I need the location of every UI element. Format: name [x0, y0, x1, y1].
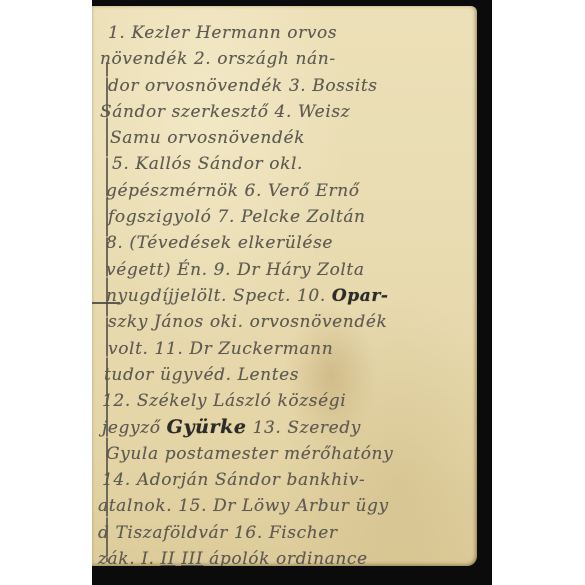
- handwritten-text-underlined: II: [161, 549, 176, 566]
- handwritten-line: végett) Én. 9. Dr Háry Zolta: [98, 257, 477, 283]
- handwritten-line: 5. Kallós Sándor okl.: [98, 151, 477, 177]
- handwritten-text: nyugdíjjelölt. Spect. 10.: [106, 286, 326, 306]
- handwritten-line: Samu orvosnövendék: [98, 125, 477, 151]
- handwritten-line: jegyző Gyürke 13. Szeredy: [98, 414, 477, 440]
- handwritten-text: jegyző: [102, 418, 161, 438]
- handwritten-line: fogszigyoló 7. Pelcke Zoltán: [98, 204, 477, 230]
- handwritten-line: atalnok. 15. Dr Löwy Arbur ügy: [98, 493, 477, 519]
- handwritten-line: szky János oki. orvosnövendék: [98, 309, 477, 335]
- handwritten-text-dark: Gyürke: [167, 416, 247, 438]
- handwritten-line: 1. Kezler Hermann orvos: [98, 20, 477, 46]
- scan-stage: 1. Kezler Hermann orvos növendék 2. orsz…: [0, 0, 585, 585]
- handwritten-line: volt. 11. Dr Zuckermann: [98, 336, 477, 362]
- handwritten-line: d Tiszaföldvár 16. Fischer: [98, 520, 477, 546]
- handwritten-line: Sándor szerkesztő 4. Weisz: [98, 99, 477, 125]
- handwritten-text: ápolók ordinance: [209, 549, 368, 566]
- handwritten-text: zák. I.: [98, 549, 155, 566]
- handwritten-line: 12. Székely László községi: [98, 388, 477, 414]
- handwritten-line: dor orvosnövendék 3. Bossits: [98, 73, 477, 99]
- handwritten-line: nyugdíjjelölt. Spect. 10. Opar-: [98, 283, 477, 309]
- handwritten-line: 8. (Tévedések elkerülése: [98, 230, 477, 256]
- handwritten-line: növendék 2. országh nán-: [98, 46, 477, 72]
- handwritten-line: 14. Adorján Sándor bankhiv-: [98, 467, 477, 493]
- handwritten-line: gépészmérnök 6. Verő Ernő: [98, 178, 477, 204]
- handwritten-line: tudor ügyvéd. Lentes: [98, 362, 477, 388]
- handwritten-line: Gyula postamester mérőhatóny: [98, 441, 477, 467]
- handwritten-paper: 1. Kezler Hermann orvos növendék 2. orsz…: [92, 6, 477, 566]
- handwritten-lines: 1. Kezler Hermann orvos növendék 2. orsz…: [98, 20, 477, 566]
- handwritten-text-dark: Opar-: [332, 286, 389, 306]
- handwritten-line: zák. I. II III ápolók ordinance: [98, 546, 477, 566]
- handwritten-text: 13. Szeredy: [253, 418, 361, 438]
- handwritten-text-underlined: III: [181, 549, 203, 566]
